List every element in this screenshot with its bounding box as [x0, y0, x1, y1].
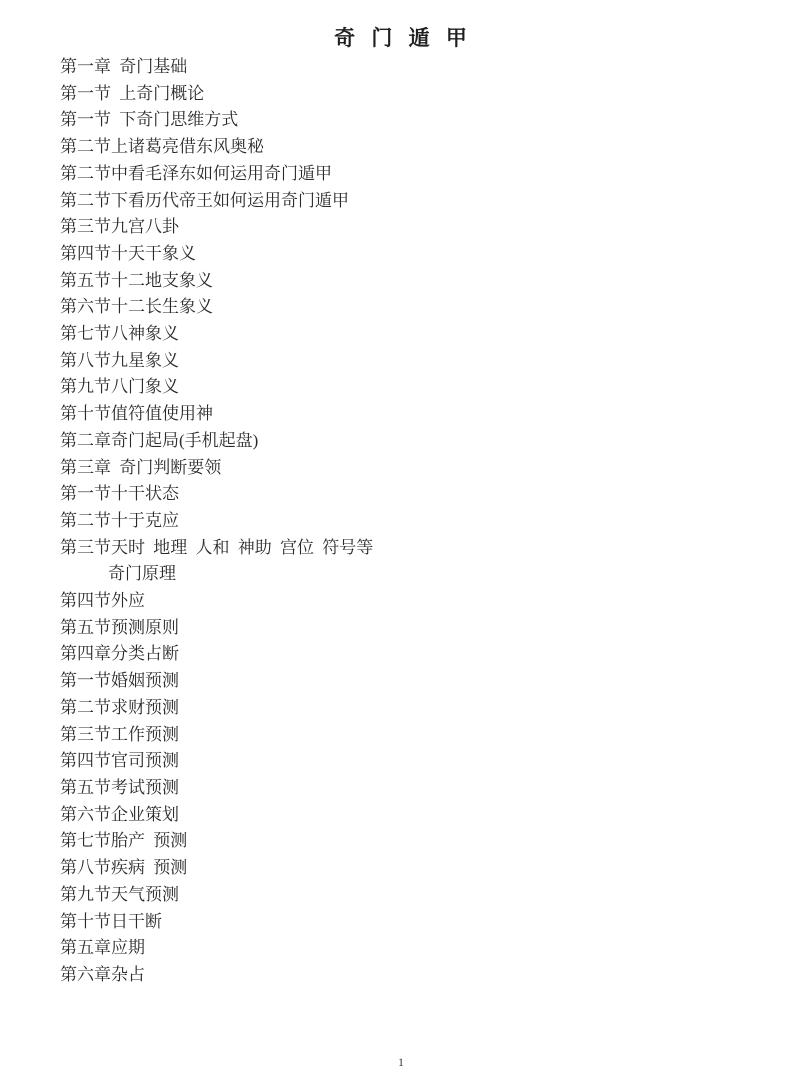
document-page: 奇 门 遁 甲 第一章 奇门基础 第一节 上奇门概论 第一节 下奇门思维方式 第… — [0, 0, 802, 1086]
toc-line: 第一节 下奇门思维方式 — [60, 107, 762, 134]
toc-line: 第五节预测原则 — [60, 615, 762, 642]
toc-line: 第九节八门象义 — [60, 374, 762, 401]
toc-line: 第六章杂占 — [60, 962, 762, 989]
toc-line: 第五节考试预测 — [60, 775, 762, 802]
toc-line: 第一节婚姻预测 — [60, 668, 762, 695]
toc-line: 第二节十于克应 — [60, 508, 762, 535]
toc-line-indented: 奇门原理 — [60, 561, 762, 588]
toc-line: 第一节十干状态 — [60, 481, 762, 508]
page-title: 奇 门 遁 甲 — [0, 22, 802, 52]
page-number: 1 — [0, 1055, 802, 1070]
toc-line: 第七节八神象义 — [60, 321, 762, 348]
toc-line: 第六节企业策划 — [60, 802, 762, 829]
toc-line: 第四节官司预测 — [60, 748, 762, 775]
toc-line: 第二节下看历代帝王如何运用奇门遁甲 — [60, 188, 762, 215]
toc-line: 第八节九星象义 — [60, 348, 762, 375]
toc-line: 第一章 奇门基础 — [60, 54, 762, 81]
table-of-contents: 第一章 奇门基础 第一节 上奇门概论 第一节 下奇门思维方式 第二节上诸葛亮借东… — [60, 54, 762, 989]
toc-line: 第九节天气预测 — [60, 882, 762, 909]
toc-line: 第十节值符值使用神 — [60, 401, 762, 428]
toc-line: 第五章应期 — [60, 935, 762, 962]
toc-line: 第四节十天干象义 — [60, 241, 762, 268]
toc-line: 第四章分类占断 — [60, 641, 762, 668]
toc-line: 第二节上诸葛亮借东风奥秘 — [60, 134, 762, 161]
toc-line: 第一节 上奇门概论 — [60, 81, 762, 108]
toc-line: 第四节外应 — [60, 588, 762, 615]
toc-line: 第五节十二地支象义 — [60, 268, 762, 295]
toc-line: 第十节日干断 — [60, 909, 762, 936]
toc-line: 第八节疾病 预测 — [60, 855, 762, 882]
toc-line: 第三节天时 地理 人和 神助 宫位 符号等 — [60, 535, 762, 562]
toc-line: 第三章 奇门判断要领 — [60, 455, 762, 482]
toc-line: 第二节求财预测 — [60, 695, 762, 722]
toc-line: 第二章奇门起局(手机起盘) — [60, 428, 762, 455]
toc-line: 第三节九宫八卦 — [60, 214, 762, 241]
toc-line: 第三节工作预测 — [60, 722, 762, 749]
toc-line: 第六节十二长生象义 — [60, 294, 762, 321]
toc-line: 第二节中看毛泽东如何运用奇门遁甲 — [60, 161, 762, 188]
toc-line: 第七节胎产 预测 — [60, 828, 762, 855]
